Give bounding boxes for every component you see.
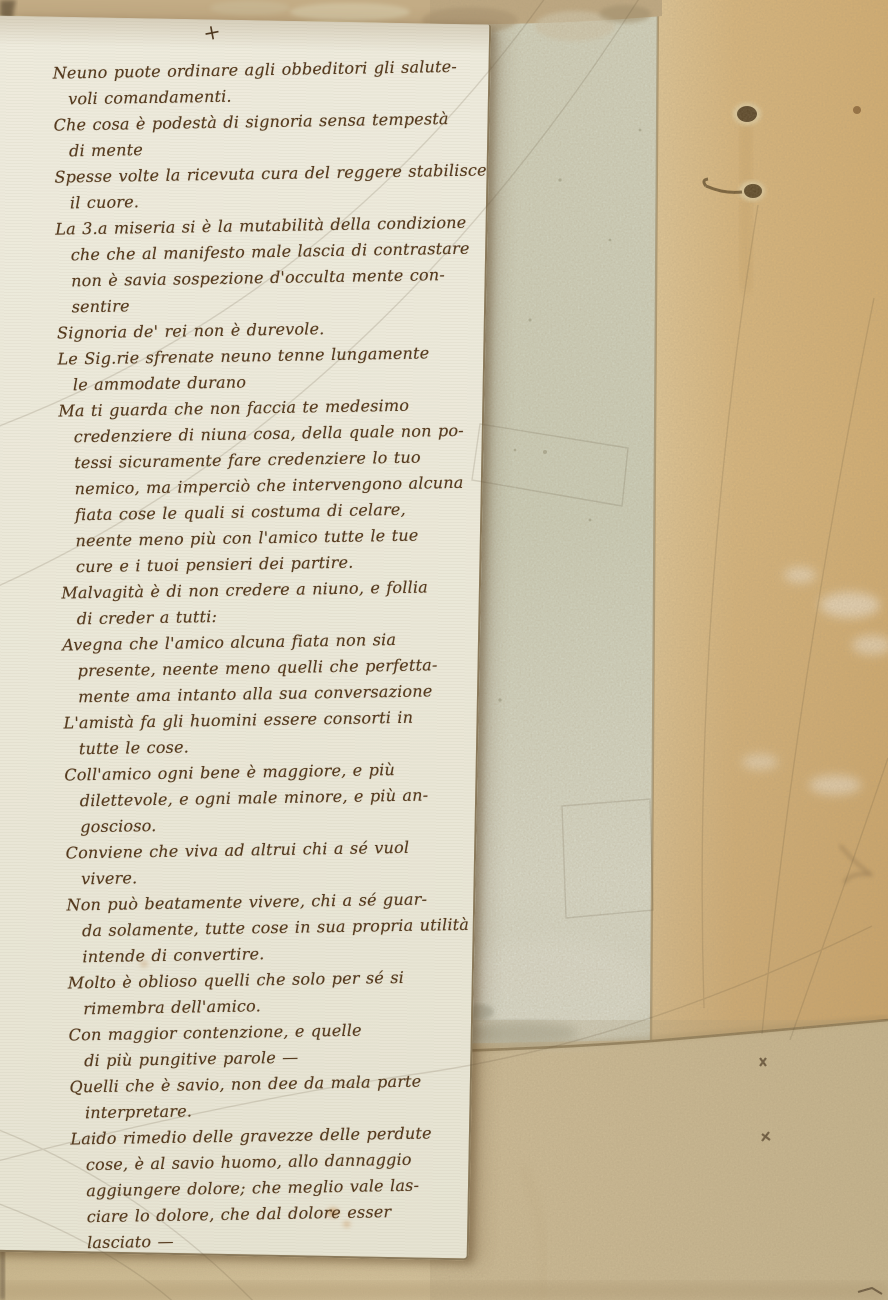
manuscript-line: voli comandamenti.	[68, 80, 465, 113]
manuscript-line: tutte le cose.	[79, 730, 476, 763]
manuscript-line: Quelli che è savio, non dee da mala part…	[69, 1068, 481, 1101]
manuscript-line: nemico, ma imperciò che intervengono alc…	[74, 470, 471, 503]
manuscript-line: cose, è al savio huomo, allo dannaggio	[86, 1146, 483, 1179]
foxing-spot	[343, 1221, 350, 1227]
manuscript-line: Non può beatamente vivere, chi a sé guar…	[66, 886, 478, 919]
manuscript-line: aggiungere dolore; che meglio vale las-	[86, 1172, 483, 1205]
manuscript-line: L'amistà fa gli huomini essere consorti …	[63, 704, 475, 737]
manuscript-line: tessi sicuramente fare credenziere lo tu…	[74, 444, 471, 477]
manuscript-line: di mente	[69, 132, 466, 165]
manuscript-line: rimembra dell'amico.	[83, 990, 480, 1023]
manuscript-line: da solamente, tutte cose in sua propria …	[82, 912, 479, 945]
manuscript-line: ciare lo dolore, che dal dolore esser	[87, 1198, 484, 1231]
manuscript-line: Coll'amico ogni bene è maggiore, e più	[64, 756, 476, 789]
manuscript-line: cure e i tuoi pensieri dei partire.	[76, 548, 473, 581]
manuscript-line: non è savia sospezione d'occulta mente c…	[71, 262, 468, 295]
manuscript-line: Molto è oblioso quelli che solo per sé s…	[68, 964, 480, 997]
foxing-spot	[327, 1208, 338, 1217]
manuscript-line: Spesse volte la ricevuta cura del regger…	[54, 158, 466, 191]
manuscript-line: vivere.	[81, 860, 478, 893]
manuscript-line: sentire	[71, 288, 468, 321]
manuscript-line: Neuno puote ordinare agli obbeditori gli…	[53, 54, 465, 87]
manuscript-page: + Neuno puote ordinare agli obbeditori g…	[0, 16, 491, 1261]
manuscript-line: che che al manifesto male lascia di cont…	[71, 236, 468, 269]
manuscript-line: goscioso.	[80, 808, 477, 841]
header-cross-mark: +	[201, 20, 222, 45]
manuscript-line: intende di convertire.	[82, 938, 479, 971]
manuscript-line: Avegna che l'amico alcuna fiata non sia	[62, 626, 474, 659]
manuscript-line: mente ama intanto alla sua conversazione	[78, 678, 475, 711]
manuscript-line: Con maggior contenzione, e quelle	[69, 1016, 481, 1049]
manuscript-line: Signoria de' rei non è durevole.	[57, 314, 469, 347]
manuscript-line: dilettevole, e ogni male minore, e più a…	[80, 782, 477, 815]
manuscript-photo: + Neuno puote ordinare agli obbeditori g…	[0, 0, 888, 1300]
manuscript-line: Le Sig.rie sfrenate neuno tenne lungamen…	[57, 340, 469, 373]
manuscript-line: Che cosa è podestà di signoria sensa tem…	[53, 106, 465, 139]
manuscript-line: credenziere di niuna cosa, della quale n…	[74, 418, 471, 451]
manuscript-line: il cuore.	[70, 184, 467, 217]
manuscript-line: fiata cose le quali si costuma di celare…	[75, 496, 472, 529]
manuscript-line: lasciato —	[87, 1224, 484, 1257]
foxing-spot	[140, 960, 148, 967]
manuscript-line: di più pungitive parole —	[84, 1042, 481, 1075]
manuscript-line: presente, neente meno quelli che perfett…	[77, 652, 474, 685]
manuscript-line: La 3.a miseria si è la mutabilità della …	[55, 210, 467, 243]
manuscript-line: neente meno più con l'amico tutte le tue	[75, 522, 472, 555]
manuscript-line: le ammodate durano	[73, 366, 470, 399]
manuscript-line: Malvagità è di non credere a niuno, e fo…	[61, 574, 473, 607]
manuscript-line: Ma ti guarda che non faccia te medesimo	[58, 392, 470, 425]
manuscript-line: di creder a tutti:	[77, 600, 474, 633]
manuscript-line: interpretare.	[85, 1094, 482, 1127]
manuscript-line: Laido rimedio delle gravezze delle perdu…	[70, 1120, 482, 1153]
manuscript-line: Conviene che viva ad altrui chi a sé vuo…	[65, 834, 477, 867]
text-column: Neuno puote ordinare agli obbeditori gli…	[53, 54, 485, 1257]
